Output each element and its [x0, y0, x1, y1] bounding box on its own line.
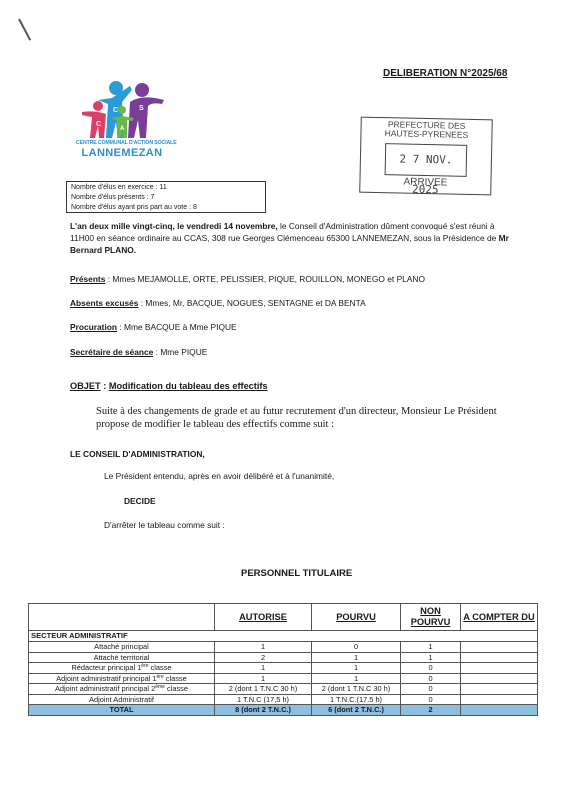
logo-caption-line2: LANNEMEZAN	[72, 147, 172, 159]
stamp-header: PREFECTURE DES HAUTES-PYRENEES	[361, 120, 491, 141]
svg-text:S: S	[139, 105, 144, 112]
logo-caption: CENTRE COMMUNAL D'ACTION SOCIALE LANNEME…	[72, 140, 172, 159]
autorise-cell: 1	[215, 663, 312, 674]
total-row: TOTAL8 (dont 2 T.N.C.)6 (dont 2 T.N.C.)2	[29, 705, 538, 716]
presents-line: Présents : Mmes MEJAMOLLE, ORTE, PELISSI…	[70, 274, 425, 284]
header-grade	[29, 604, 215, 631]
header-pourvu: POURVU	[312, 604, 401, 631]
a-compter-cell	[461, 684, 538, 695]
svg-text:A: A	[120, 126, 125, 132]
header-non-pourvu: NON POURVU	[401, 604, 461, 631]
effectifs-table: AUTORISE POURVU NON POURVU A COMPTER DU …	[28, 603, 538, 716]
deliberation-title: DELIBERATION N°2025/68	[383, 68, 507, 79]
grade-cell: Attaché principal	[29, 642, 215, 653]
logo-caption-line1: CENTRE COMMUNAL D'ACTION SOCIALE	[76, 140, 168, 146]
a-compter-cell	[461, 694, 538, 705]
non-pourvu-cell: 0	[401, 673, 461, 684]
non-pourvu-cell: 1	[401, 642, 461, 653]
stamp-status: ARRIVEE	[360, 176, 490, 190]
entendu-line: Le Président entendu, après en avoir dél…	[104, 471, 334, 481]
sector-row: SECTEUR ADMINISTRATIF	[29, 631, 538, 642]
absents-line: Absents excusés : Mmes, Mr, BACQUE, NOGU…	[70, 298, 366, 308]
total-pourvu-cell: 6 (dont 2 T.N.C.)	[312, 705, 401, 716]
table-header-row: AUTORISE POURVU NON POURVU A COMPTER DU	[29, 604, 538, 631]
proposal-paragraph: Suite à des changements de grade et au f…	[96, 405, 526, 431]
total-label-cell: TOTAL	[29, 705, 215, 716]
total-non-pourvu-cell: 2	[401, 705, 461, 716]
grade-cell: Adjoint Administratif	[29, 694, 215, 705]
procuration-line: Procuration : Mme BACQUE à Mme PIQUE	[70, 322, 237, 332]
pourvu-cell: 1	[312, 652, 401, 663]
pourvu-cell: 2 (dont 1 T.N.C 30 h)	[312, 684, 401, 695]
non-pourvu-cell: 0	[401, 694, 461, 705]
autorise-cell: 1 T.N.C (17,5 h)	[215, 694, 312, 705]
table-row: Adjoint administratif principal 2ème cla…	[29, 684, 538, 695]
svg-text:C: C	[113, 107, 118, 114]
decide-heading: DECIDE	[124, 496, 156, 506]
table-row: Attaché principal101	[29, 642, 538, 653]
elus-votants: Nombre d'élus ayant pris part au vote : …	[71, 203, 261, 213]
pen-mark	[18, 19, 31, 41]
autorise-cell: 2 (dont 1 T.N.C 30 h)	[215, 684, 312, 695]
arreter-line: D'arrêter le tableau comme suit :	[104, 520, 225, 530]
grade-cell: Adjoint administratif principal 1ère cla…	[29, 673, 215, 684]
non-pourvu-cell: 1	[401, 652, 461, 663]
conseil-heading: LE CONSEIL D'ADMINISTRATION,	[70, 449, 205, 459]
intro-paragraph: L'an deux mille vingt-cinq, le vendredi …	[70, 220, 520, 256]
ccas-people-icon: C C A S	[72, 80, 172, 142]
autorise-cell: 1	[215, 673, 312, 684]
table-row: Attaché territorial211	[29, 652, 538, 663]
pourvu-cell: 1	[312, 673, 401, 684]
grade-cell: Rédacteur principal 1ère classe	[29, 663, 215, 674]
total-autorise-cell: 8 (dont 2 T.N.C.)	[215, 705, 312, 716]
elus-presents: Nombre d'élus présents : 7	[71, 193, 261, 203]
header-autorise: AUTORISE	[215, 604, 312, 631]
secretaire-line: Secrétaire de séance : Mme PIQUE	[70, 347, 207, 357]
a-compter-cell	[461, 642, 538, 653]
stamp-date: 2 7 NOV. 2025	[385, 143, 468, 177]
svg-text:C: C	[96, 121, 101, 128]
table-row: Rédacteur principal 1ère classe110	[29, 663, 538, 674]
table-row: Adjoint Administratif1 T.N.C (17,5 h)1 T…	[29, 694, 538, 705]
autorise-cell: 1	[215, 642, 312, 653]
header-a-compter: A COMPTER DU	[461, 604, 538, 631]
total-a-compter-cell	[461, 705, 538, 716]
pourvu-cell: 0	[312, 642, 401, 653]
sector-label: SECTEUR ADMINISTRATIF	[29, 631, 538, 642]
pourvu-cell: 1 T.N.C.(17.5 h)	[312, 694, 401, 705]
grade-cell: Attaché territorial	[29, 652, 215, 663]
table-title: PERSONNEL TITULAIRE	[241, 568, 352, 579]
non-pourvu-cell: 0	[401, 684, 461, 695]
non-pourvu-cell: 0	[401, 663, 461, 674]
pourvu-cell: 1	[312, 663, 401, 674]
a-compter-cell	[461, 652, 538, 663]
elus-exercice: Nombre d'élus en exercice : 11	[71, 183, 261, 193]
autorise-cell: 2	[215, 652, 312, 663]
elus-box: Nombre d'élus en exercice : 11 Nombre d'…	[66, 181, 266, 213]
ccas-logo: C C A S CENTRE COMMUNAL D'ACTION SOCIALE…	[72, 80, 172, 172]
a-compter-cell	[461, 663, 538, 674]
prefecture-stamp: PREFECTURE DES HAUTES-PYRENEES 2 7 NOV. …	[359, 117, 493, 196]
table-row: Adjoint administratif principal 1ère cla…	[29, 673, 538, 684]
objet-line: OBJET : Modification du tableau des effe…	[70, 381, 268, 391]
grade-cell: Adjoint administratif principal 2ème cla…	[29, 684, 215, 695]
a-compter-cell	[461, 673, 538, 684]
